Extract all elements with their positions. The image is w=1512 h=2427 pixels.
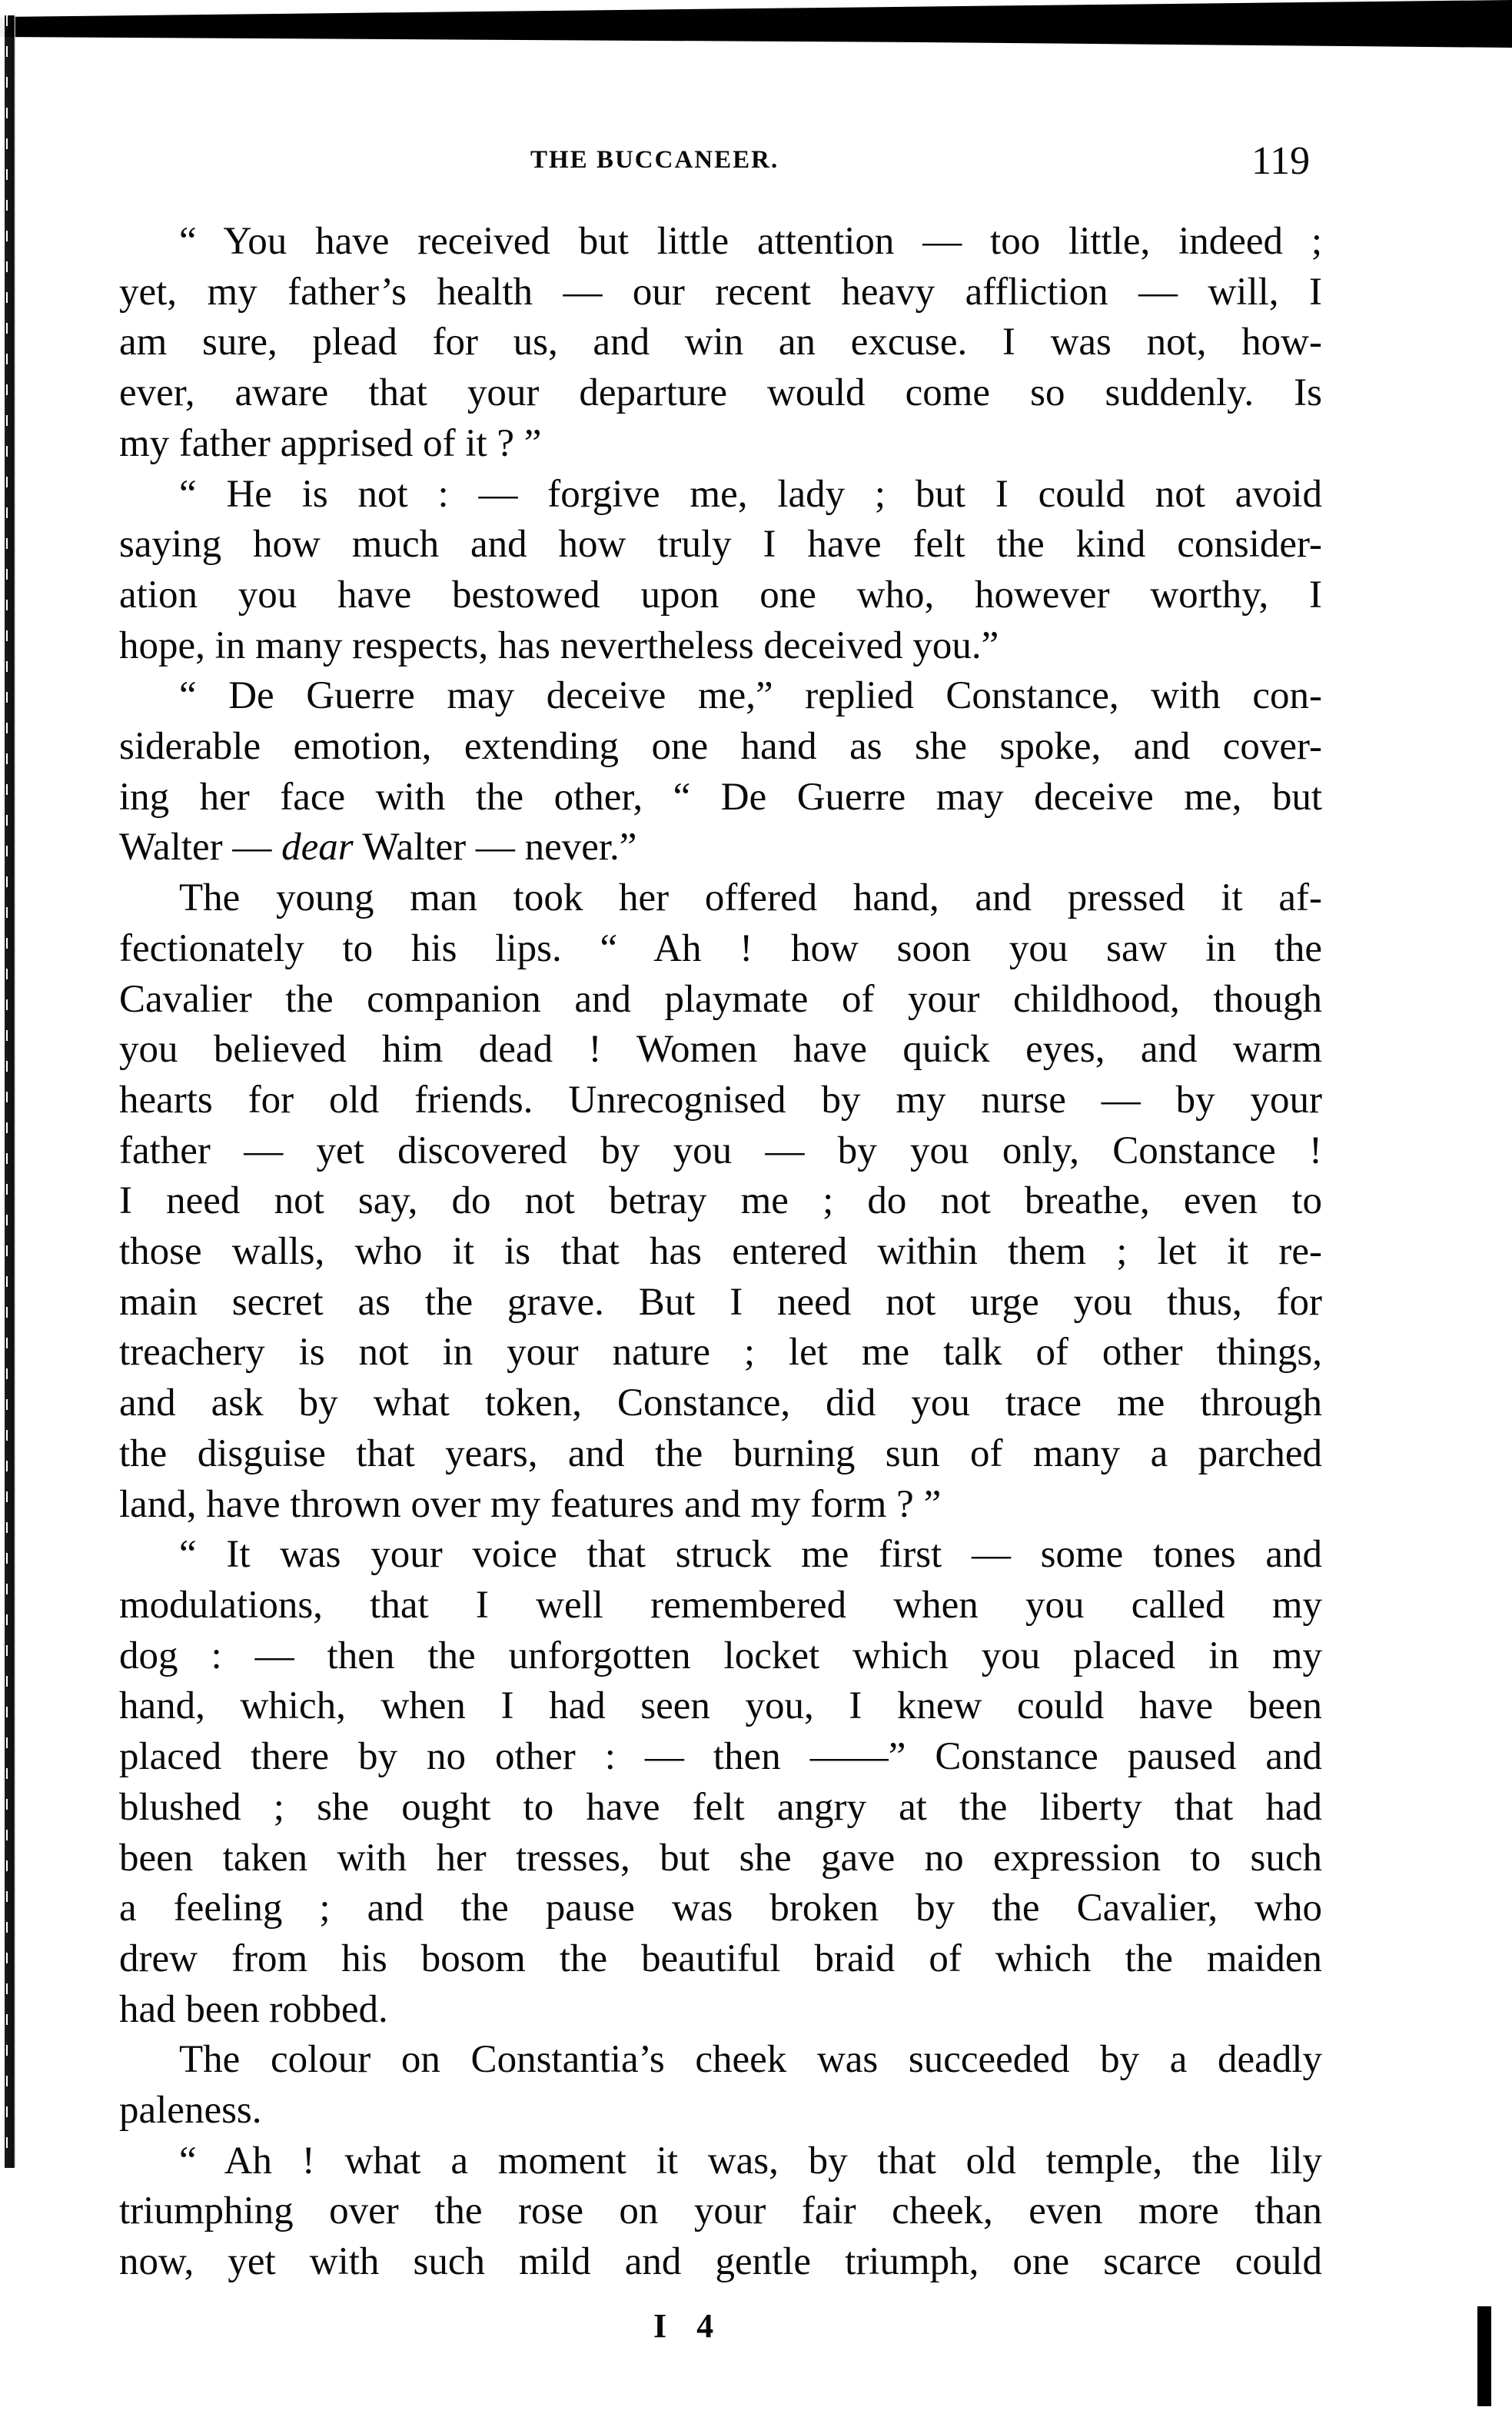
text-line: land, have thrown over my features and m… [119, 1480, 1322, 1531]
text-line: father — yet discovered by you — by you … [119, 1126, 1322, 1177]
text-line: drew from his bosom the beautiful braid … [119, 1934, 1322, 1985]
text-line: I need not say, do not betray me ; do no… [119, 1176, 1322, 1227]
scan-top-edge-shadow [0, 0, 1512, 54]
text-line: treachery is not in your nature ; let me… [119, 1328, 1322, 1378]
paragraph: The colour on Constantia’s cheek was suc… [119, 2035, 1322, 2136]
text-line: ing her face with the other, “ De Guerre… [119, 773, 1322, 823]
paragraph: “ De Guerre may deceive me,” replied Con… [119, 671, 1322, 873]
text-line: blushed ; she ought to have felt angry a… [119, 1783, 1322, 1834]
text-line: Walter — dear Walter — never.” [119, 823, 1322, 873]
scan-binding-edge [0, 15, 15, 2168]
text-line: hope, in many respects, has nevertheless… [119, 621, 1322, 672]
text-line: The young man took her offered hand, and… [119, 873, 1322, 924]
text-line: those walls, who it is that has entered … [119, 1227, 1322, 1278]
text-line: a feeling ; and the pause was broken by … [119, 1883, 1322, 1934]
paragraph: “ Ah ! what a moment it was, by that old… [119, 2136, 1322, 2288]
text-line: now, yet with such mild and gentle trium… [119, 2237, 1322, 2288]
text-line: triumphing over the rose on your fair ch… [119, 2186, 1322, 2237]
italic-emphasis: dear [281, 826, 353, 869]
text-run: Walter — never.” [354, 826, 637, 869]
text-line: “ Ah ! what a moment it was, by that old… [119, 2136, 1322, 2187]
body-text: “ You have received but little attention… [119, 217, 1322, 2288]
paragraph: The young man took her offered hand, and… [119, 873, 1322, 1530]
text-line: you believed him dead ! Women have quick… [119, 1025, 1322, 1076]
text-line: siderable emotion, extending one hand as… [119, 722, 1322, 773]
text-line: placed there by no other : — then ——” Co… [119, 1732, 1322, 1783]
text-line: saying how much and how truly I have fel… [119, 520, 1322, 570]
text-line: ation you have bestowed upon one who, ho… [119, 570, 1322, 621]
text-line: modulations, that I well remembered when… [119, 1581, 1322, 1631]
text-line: “ De Guerre may deceive me,” replied Con… [119, 671, 1322, 722]
text-line: main secret as the grave. But I need not… [119, 1278, 1322, 1328]
text-line: “ You have received but little attention… [119, 217, 1322, 268]
text-line: yet, my father’s health — our recent hea… [119, 268, 1322, 318]
text-line: “ It was your voice that struck me first… [119, 1530, 1322, 1581]
scan-page-edge-tab [1477, 2306, 1491, 2406]
text-line: the disguise that years, and the burning… [119, 1429, 1322, 1480]
text-line: Cavalier the companion and playmate of y… [119, 975, 1322, 1026]
text-line: hand, which, when I had seen you, I knew… [119, 1681, 1322, 1732]
text-line: paleness. [119, 2086, 1322, 2136]
text-line: and ask by what token, Constance, did yo… [119, 1378, 1322, 1429]
paragraph: “ He is not : — forgive me, lady ; but I… [119, 470, 1322, 672]
text-line: dog : — then the unforgotten locket whic… [119, 1631, 1322, 1682]
text-run: Walter — [119, 826, 281, 869]
text-line: hearts for old friends. Unrecognised by … [119, 1076, 1322, 1126]
paragraph: “ It was your voice that struck me first… [119, 1530, 1322, 2035]
text-line: am sure, plead for us, and win an excuse… [119, 318, 1322, 368]
text-line: had been robbed. [119, 1985, 1322, 2036]
running-header: THE BUCCANEER. 119 [0, 138, 1512, 192]
paragraph: “ You have received but little attention… [119, 217, 1322, 470]
text-line: ever, aware that your departure would co… [119, 368, 1322, 419]
text-line: The colour on Constantia’s cheek was suc… [119, 2035, 1322, 2086]
text-line: “ He is not : — forgive me, lady ; but I… [119, 470, 1322, 520]
running-title: THE BUCCANEER. [530, 146, 779, 175]
text-line: fectionately to his lips. “ Ah ! how soo… [119, 924, 1322, 975]
text-line: been taken with her tresses, but she gav… [119, 1834, 1322, 1884]
text-line: my father apprised of it ? ” [119, 419, 1322, 470]
signature-mark: I 4 [653, 2306, 724, 2346]
page-number: 119 [1251, 138, 1310, 184]
